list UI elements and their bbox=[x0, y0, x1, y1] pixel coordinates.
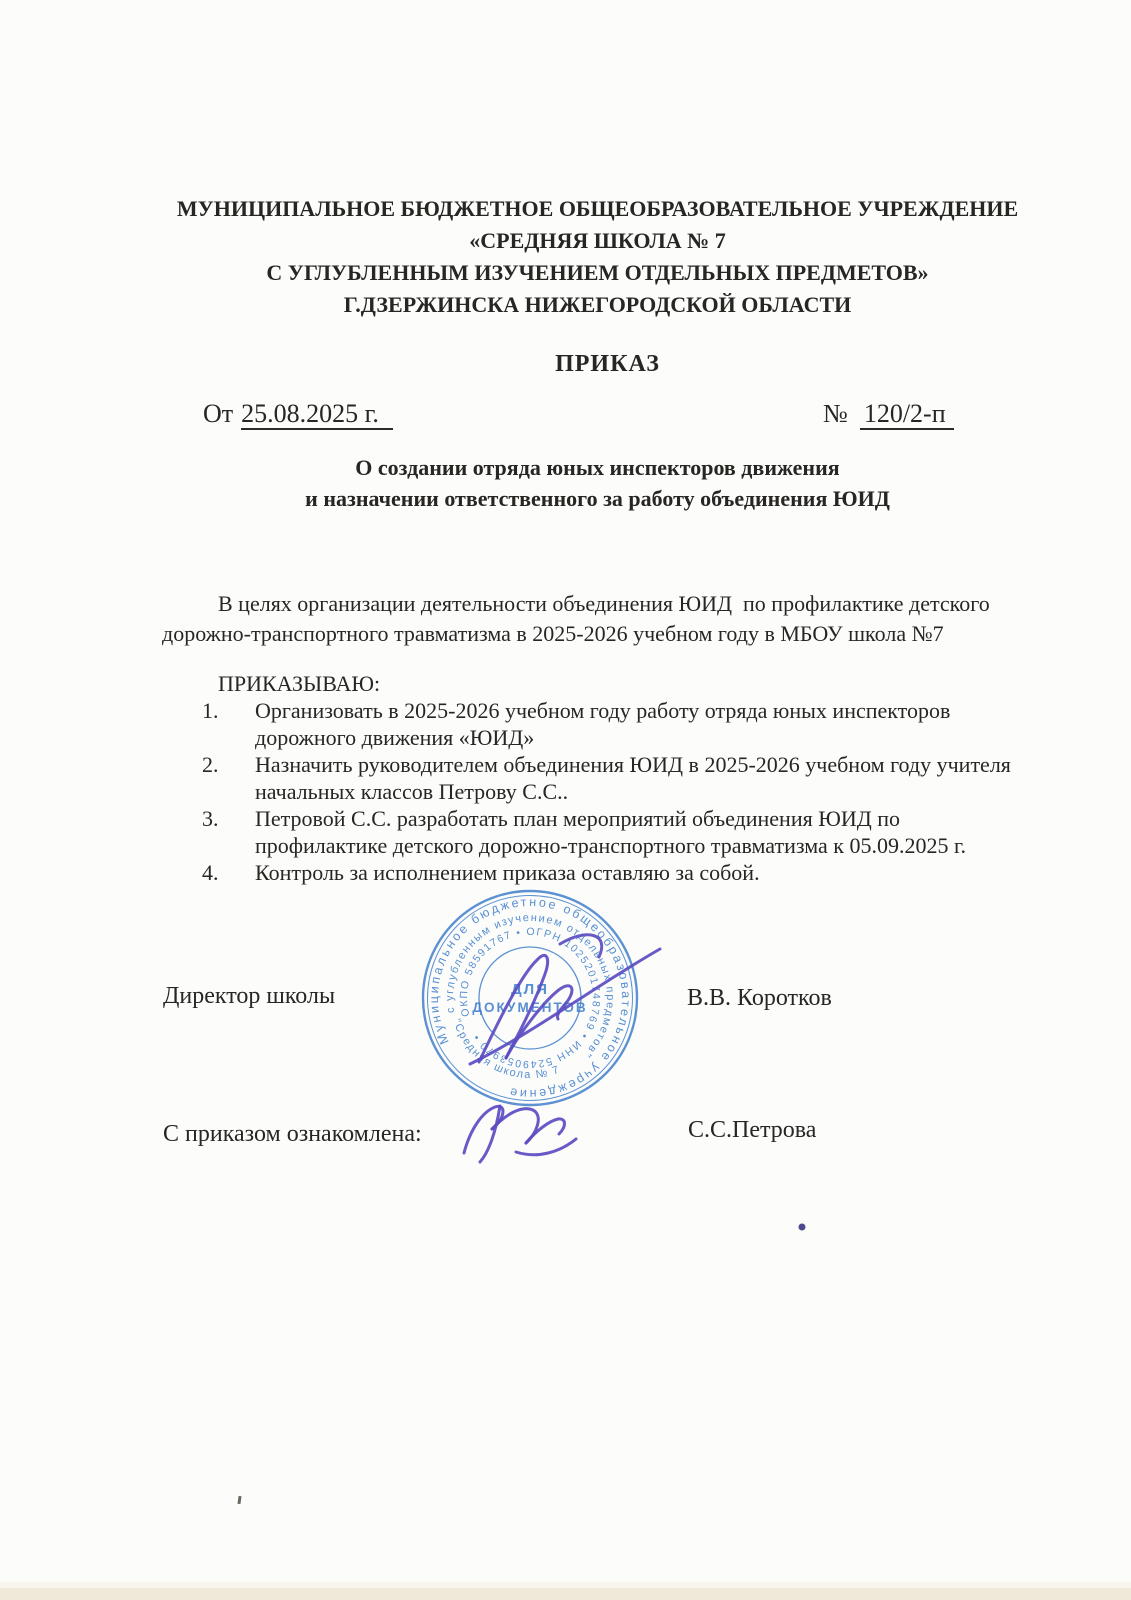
item-text: Назначить руководителем объединения ЮИД … bbox=[255, 751, 1011, 805]
item-number: 3. bbox=[202, 805, 255, 859]
stamp-center-circle bbox=[479, 947, 581, 1049]
resolve-heading: ПРИКАЗЫВАЮ: bbox=[218, 671, 380, 697]
item-number: 1. bbox=[202, 697, 255, 751]
item-text: Петровой С.С. разработать план мероприят… bbox=[255, 805, 966, 859]
subject-line-2: и назначении ответственного за работу об… bbox=[140, 483, 1055, 514]
director-name: В.В. Коротков bbox=[687, 985, 832, 1012]
header-line-2: «СРЕДНЯЯ ШКОЛА № 7 bbox=[140, 225, 1055, 257]
intro-paragraph: В целях организации деятельности объедин… bbox=[162, 589, 990, 649]
order-number-row: №120/2-п bbox=[823, 399, 954, 429]
date-prefix: От bbox=[203, 399, 233, 428]
order-date: 25.08.2025 г. bbox=[241, 399, 393, 430]
header-line-1: МУНИЦИПАЛЬНОЕ БЮДЖЕТНОЕ ОБЩЕОБРАЗОВАТЕЛЬ… bbox=[140, 193, 1055, 225]
stamp-ring-outer-text: Муниципальное бюджетное общеобразователь… bbox=[405, 873, 655, 1123]
header-line-4: Г.ДЗЕРЖИНСКА НИЖЕГОРОДСКОЙ ОБЛАСТИ bbox=[140, 289, 1055, 321]
item-text: Организовать в 2025-2026 учебном году ра… bbox=[255, 697, 950, 751]
scan-edge-strip bbox=[0, 1588, 1131, 1600]
item-line: начальных классов Петрову С.С.. bbox=[255, 778, 1011, 805]
item-line: Организовать в 2025-2026 учебном году ра… bbox=[255, 697, 950, 724]
stamp-center-line-2: ДОКУМЕНТОВ bbox=[472, 1000, 587, 1015]
item-line: дорожного движения «ЮИД» bbox=[255, 724, 950, 751]
order-item-2: 2. Назначить руководителем объединения Ю… bbox=[202, 751, 1011, 805]
order-date-row: От25.08.2025 г. bbox=[203, 399, 393, 429]
header-line-3: С УГЛУБЛЕННЫМ ИЗУЧЕНИЕМ ОТДЕЛЬНЫХ ПРЕДМЕ… bbox=[140, 257, 1055, 289]
official-stamp-icon: Муниципальное бюджетное общеобразователь… bbox=[405, 873, 655, 1123]
intro-line-1: В целях организации деятельности объедин… bbox=[162, 589, 990, 619]
item-line: Назначить руководителем объединения ЮИД … bbox=[255, 751, 1011, 778]
stamp-center-line-1: ДЛЯ bbox=[511, 981, 549, 998]
item-line: профилактике детского дорожно-транспортн… bbox=[255, 832, 966, 859]
director-label: Директор школы bbox=[163, 983, 335, 1010]
stamp-ring-middle-bottom-text: "Средняя школа № 7 bbox=[450, 1017, 562, 1081]
acknowledgement-name: С.С.Петрова bbox=[688, 1117, 816, 1144]
item-number: 2. bbox=[202, 751, 255, 805]
order-subject: О создании отряда юных инспекторов движе… bbox=[140, 452, 1055, 514]
item-line: Петровой С.С. разработать план мероприят… bbox=[255, 805, 966, 832]
paper-speck bbox=[237, 1496, 241, 1504]
intro-line-2: дорожно-транспортного травматизма в 2025… bbox=[162, 619, 990, 649]
school-header: МУНИЦИПАЛЬНОЕ БЮДЖЕТНОЕ ОБЩЕОБРАЗОВАТЕЛЬ… bbox=[140, 193, 1055, 321]
order-title: ПРИКАЗ bbox=[150, 351, 1065, 378]
number-sign: № bbox=[823, 399, 848, 428]
item-number: 4. bbox=[202, 859, 255, 886]
order-items: 1. Организовать в 2025-2026 учебном году… bbox=[202, 697, 1011, 886]
order-number: 120/2-п bbox=[860, 399, 954, 430]
order-item-3: 3. Петровой С.С. разработать план меропр… bbox=[202, 805, 1011, 859]
document-page: МУНИЦИПАЛЬНОЕ БЮДЖЕТНОЕ ОБЩЕОБРАЗОВАТЕЛЬ… bbox=[0, 0, 1131, 1600]
subject-line-1: О создании отряда юных инспекторов движе… bbox=[140, 452, 1055, 483]
ink-dot bbox=[799, 1224, 806, 1231]
acknowledgement-label: С приказом ознакомлена: bbox=[163, 1121, 422, 1148]
order-item-1: 1. Организовать в 2025-2026 учебном году… bbox=[202, 697, 1011, 751]
